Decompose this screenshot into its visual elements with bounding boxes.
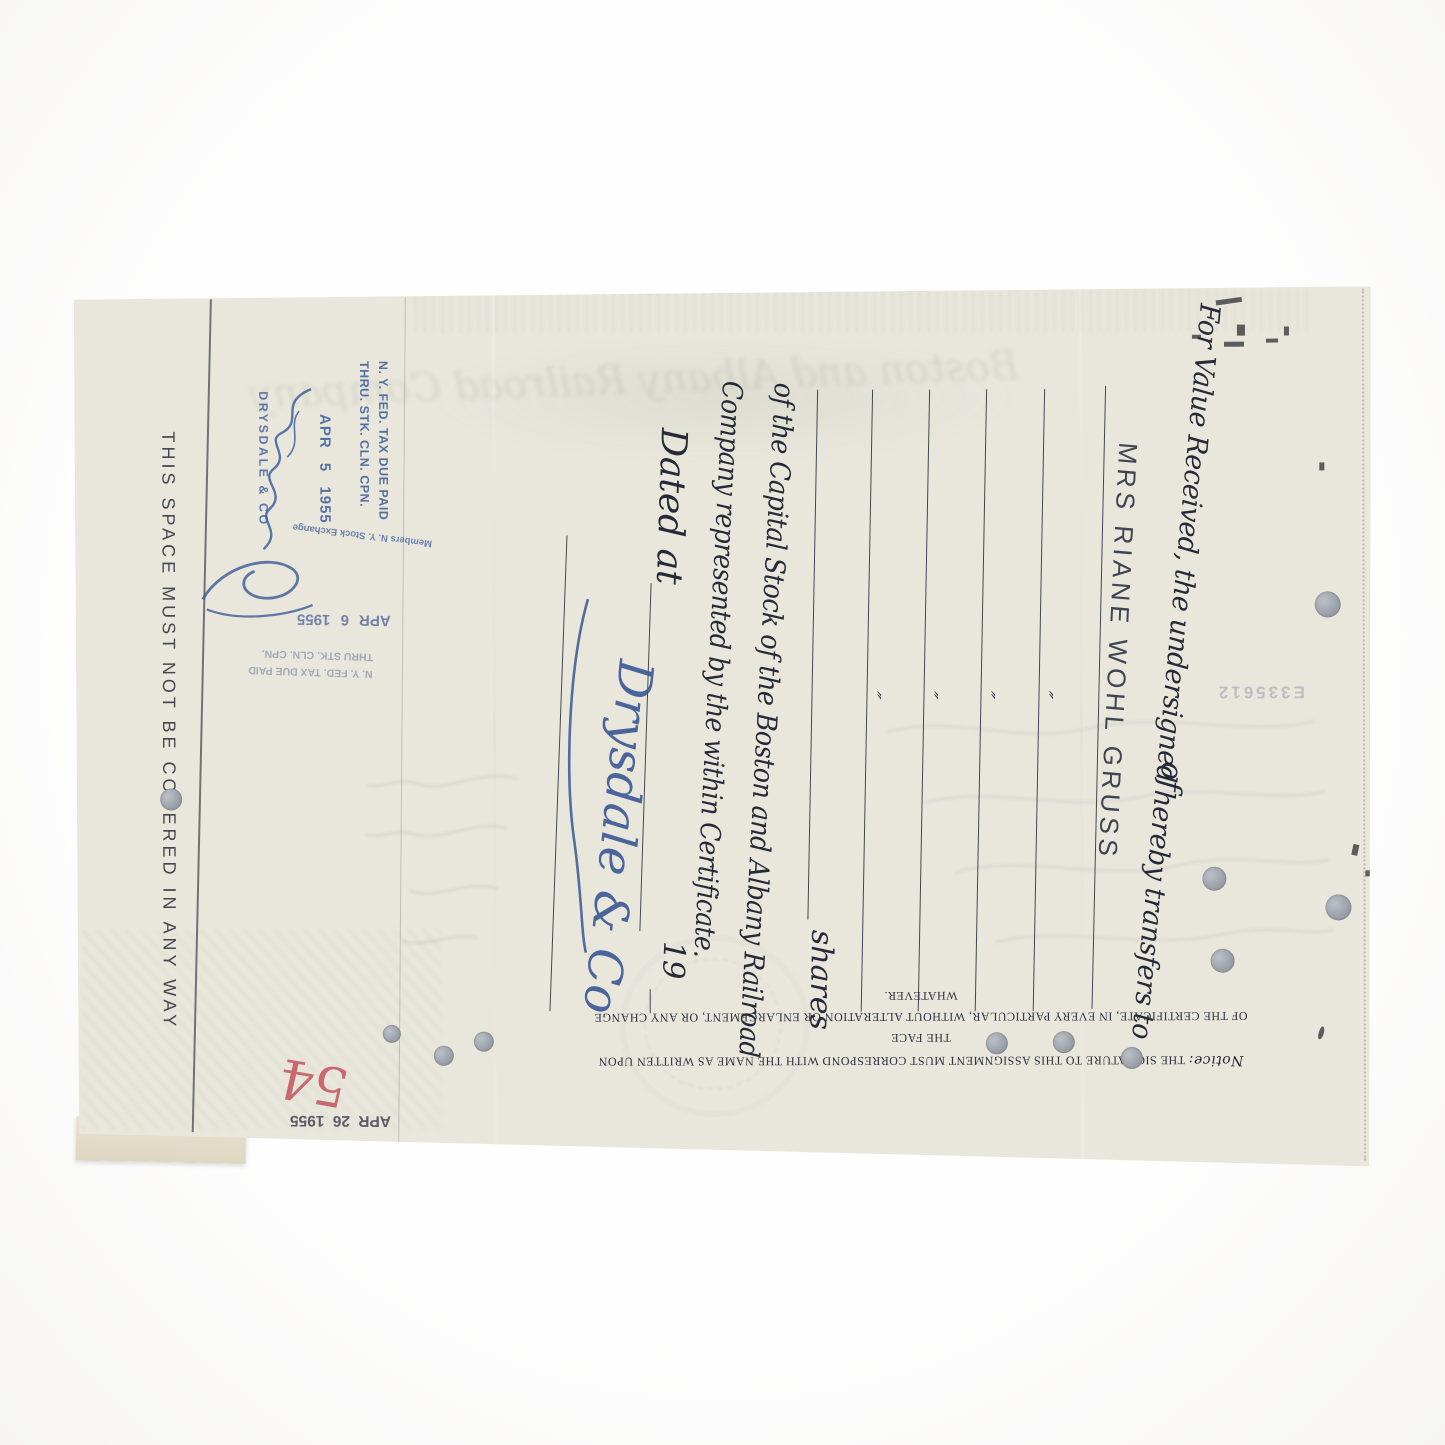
ink-speck — [1319, 462, 1324, 470]
column-rule — [398, 297, 406, 1149]
assignment-form: For Value Received, the undersigned here… — [539, 294, 1241, 1056]
share-line-last: shares — [807, 390, 818, 920]
date-stamp-middle: APR 6 1955 — [277, 610, 391, 629]
punch-hole — [1121, 1047, 1143, 1069]
margin-rule — [192, 299, 212, 1132]
ditto-mark: ″ — [919, 685, 943, 701]
ink-speck — [1266, 339, 1278, 343]
date-stamp-bottom: APR 26 1955 — [271, 1111, 391, 1130]
share-line: ″ — [975, 389, 987, 1011]
ghost-script-marks — [357, 758, 538, 958]
punch-hole — [1202, 867, 1226, 891]
red-annotation: 54 — [278, 1045, 348, 1120]
ink-speck — [1237, 325, 1245, 336]
share-line: ″ — [1033, 389, 1045, 1011]
signature-handwritten: Drysdale & Co — [572, 657, 664, 1016]
broker-signature-ink — [247, 381, 321, 556]
ink-speck — [1365, 870, 1370, 876]
share-line: ″ — [861, 390, 873, 1012]
ditto-mark: ″ — [862, 686, 886, 702]
punch-hole — [383, 1025, 401, 1043]
form-line-company: Company represented by the within Certif… — [687, 380, 749, 958]
tax-stamp-top-line1: N. Y. FED. TAX DUE PAID — [373, 361, 393, 520]
dated-at-label: Dated at — [648, 428, 694, 586]
ditto-mark: ″ — [976, 685, 1000, 701]
year-prefix: 19 — [655, 941, 691, 980]
punch-hole — [1053, 1031, 1075, 1053]
ink-speck — [1317, 1026, 1326, 1040]
certificate-back-paper: Boston and Albany Railroad Company — [74, 286, 1374, 1171]
photo-stage: Boston and Albany Railroad Company — [0, 0, 1445, 1445]
punch-hole — [1325, 894, 1351, 920]
tax-stamp-bottom: N. Y. FED. TAX DUE PAID THRU STK. CLN. C… — [232, 644, 373, 682]
ink-speck — [1224, 342, 1244, 347]
form-line-value-received: For Value Received, the undersigned here… — [1125, 302, 1227, 1040]
notice-line-1: Notice: THE SIGNATURE TO THIS ASSIGNMENT… — [591, 1027, 1251, 1074]
ink-speck — [1284, 327, 1289, 336]
ink-speck — [1192, 335, 1201, 339]
ink-speck — [1351, 844, 1359, 856]
punch-hole — [986, 1032, 1008, 1054]
form-of-label: of — [1152, 760, 1189, 792]
perforated-edge — [1362, 288, 1366, 1160]
punch-hole — [434, 1046, 454, 1066]
punch-hole — [160, 788, 182, 810]
signature-notice: Notice: THE SIGNATURE TO THIS ASSIGNMENT… — [591, 985, 1251, 1074]
punch-hole — [474, 1032, 494, 1052]
share-line: ″ — [918, 389, 930, 1011]
tax-stamp-top-line2: THRU. STK. CLN. CPN. — [353, 361, 373, 520]
ditto-mark: ″ — [1034, 685, 1058, 701]
margin-notice-text: THIS SPACE MUST NOT BE COVERED IN ANY WA… — [157, 431, 180, 1013]
tax-stamp-top: N. Y. FED. TAX DUE PAID THRU. STK. CLN. … — [353, 361, 392, 521]
punch-hole — [1211, 949, 1235, 973]
notice-line-2: OF THE CERTIFICATE, IN EVERY PARTICULAR,… — [591, 985, 1251, 1029]
punch-hole — [1315, 591, 1341, 617]
serial-number: E335612 — [1191, 681, 1305, 701]
notice-label: Notice: — [1188, 1052, 1243, 1068]
